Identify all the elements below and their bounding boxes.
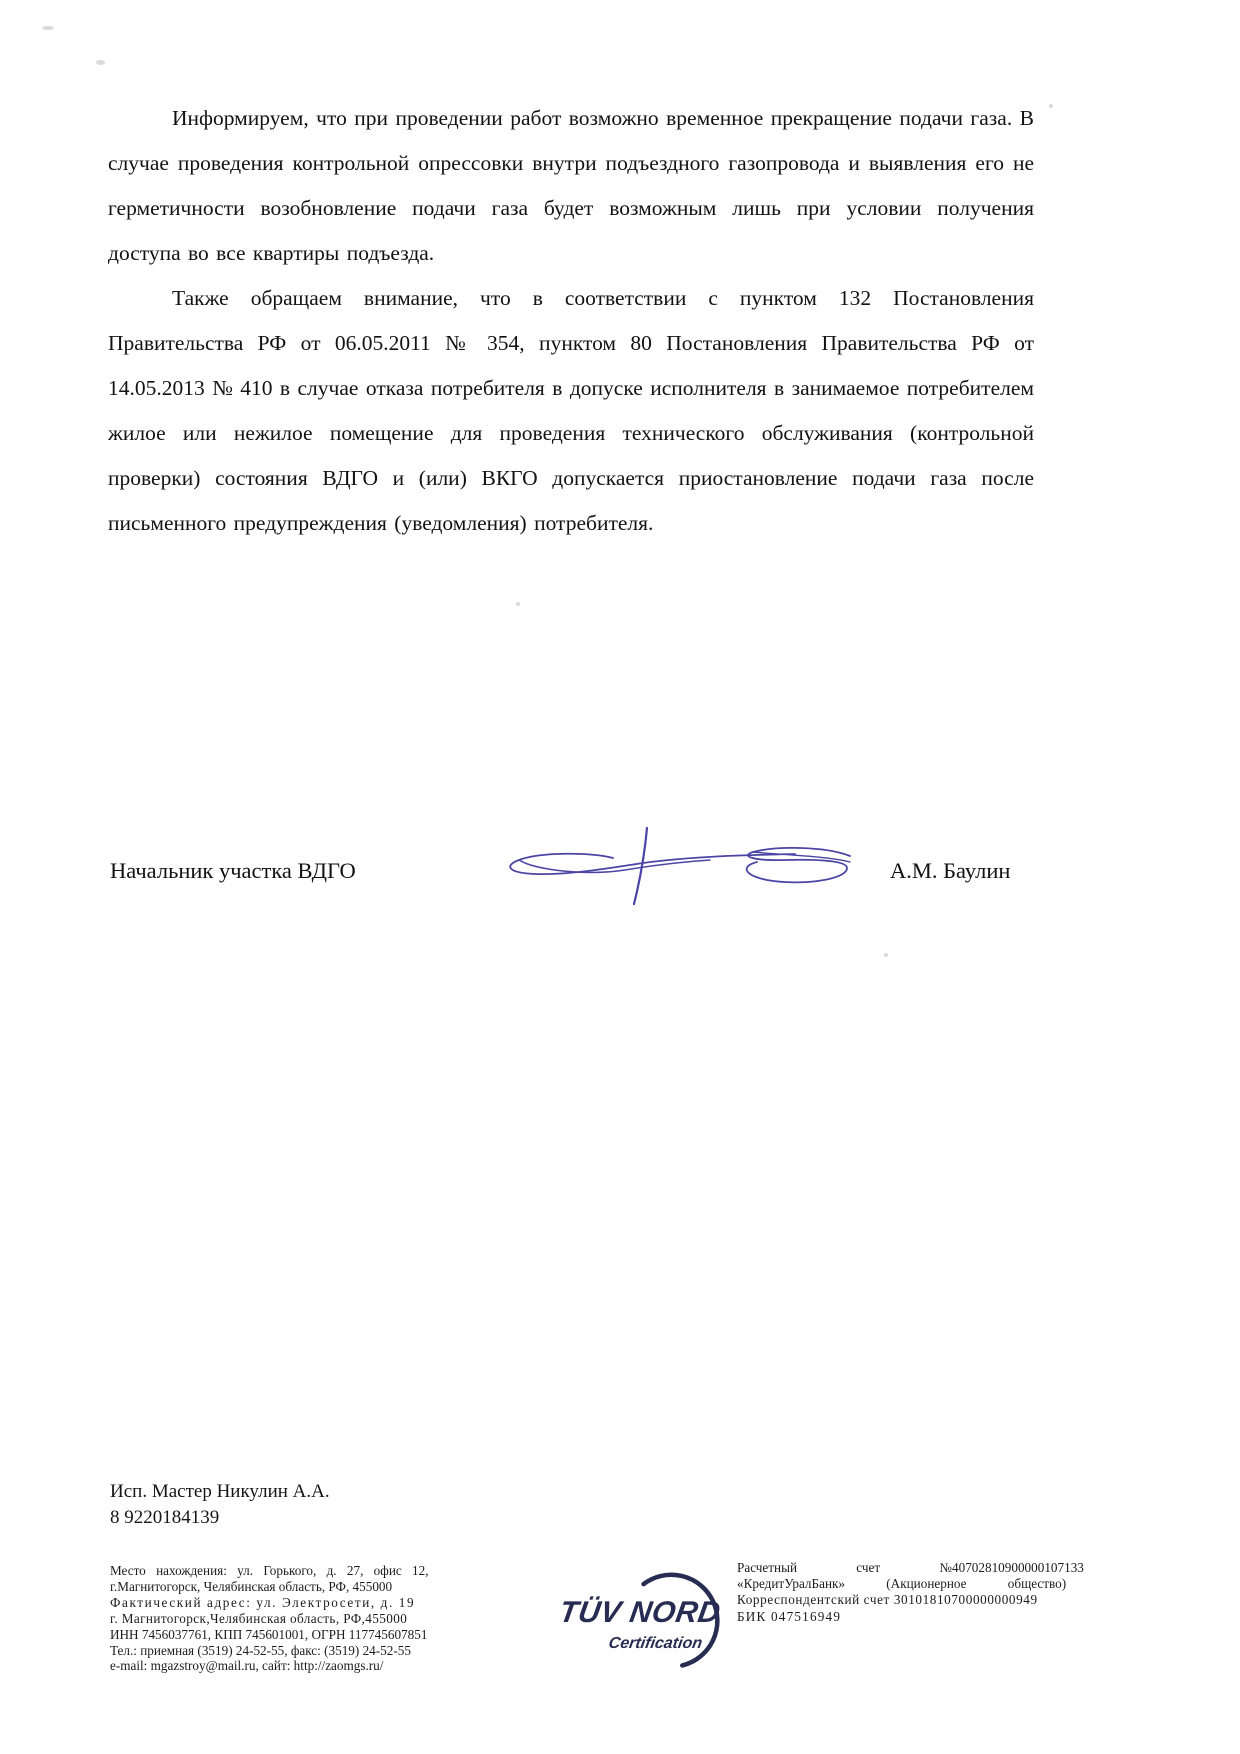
handwritten-signature bbox=[495, 818, 855, 918]
footer-correspondent-account: Корреспондентский счет 30101810700000000… bbox=[737, 1592, 1137, 1608]
tuv-nord-wordmark: TÜV NORD Certification bbox=[556, 1596, 723, 1652]
scan-speck bbox=[1049, 104, 1053, 108]
footer-legal-city: г.Магнитогорск, Челябинская область, РФ,… bbox=[110, 1579, 528, 1595]
executor-name: Исп. Мастер Никулин А.А. bbox=[110, 1479, 330, 1505]
scan-speck bbox=[96, 60, 105, 65]
footer-inn-kpp-ogrn: ИНН 7456037761, КПП 745601001, ОГРН 1177… bbox=[110, 1627, 528, 1643]
letter-body: Информируем, что при проведении работ во… bbox=[108, 96, 1034, 546]
footer-actual-address: Фактический адрес: ул. Электросети, д. 1… bbox=[110, 1595, 528, 1611]
paragraph-regulations: Также обращаем внимание, что в соответст… bbox=[108, 276, 1034, 546]
footer-legal-address: Место нахождения: ул. Горького, д. 27, о… bbox=[110, 1563, 528, 1579]
executor-block: Исп. Мастер Никулин А.А. 8 9220184139 bbox=[110, 1479, 330, 1531]
scan-speck bbox=[42, 26, 54, 30]
footer-bik: БИК 047516949 bbox=[737, 1609, 1137, 1625]
footer-actual-city: г. Магнитогорск,Челябинская область, РФ,… bbox=[110, 1611, 528, 1627]
document-page: Информируем, что при проведении работ во… bbox=[0, 0, 1240, 1754]
footer-address-block: Место нахождения: ул. Горького, д. 27, о… bbox=[110, 1563, 528, 1674]
scan-speck bbox=[516, 602, 520, 606]
footer-bank-name: «КредитУралБанк» (Акционерное общество) bbox=[737, 1576, 1137, 1592]
signer-name: А.М. Баулин bbox=[890, 858, 1010, 884]
footer-phone-fax: Тел.: приемная (3519) 24-52-55, факс: (3… bbox=[110, 1643, 528, 1659]
footer-settlement-account: Расчетный счет №40702810900000107133 bbox=[737, 1560, 1137, 1576]
footer-bank-block: Расчетный счет №40702810900000107133 «Кр… bbox=[737, 1560, 1137, 1625]
executor-phone: 8 9220184139 bbox=[110, 1505, 330, 1531]
paragraph-gas-interruption: Информируем, что при проведении работ во… bbox=[108, 96, 1034, 276]
svg-text:Certification: Certification bbox=[607, 1634, 703, 1652]
signer-job-title: Начальник участка ВДГО bbox=[110, 858, 356, 884]
scan-speck bbox=[884, 953, 888, 957]
footer-email-site: e-mail: mgazstroy@mail.ru, сайт: http://… bbox=[110, 1658, 528, 1674]
tuv-nord-logo: TÜV NORD Certification bbox=[556, 1560, 726, 1700]
svg-text:TÜV NORD: TÜV NORD bbox=[557, 1596, 723, 1629]
